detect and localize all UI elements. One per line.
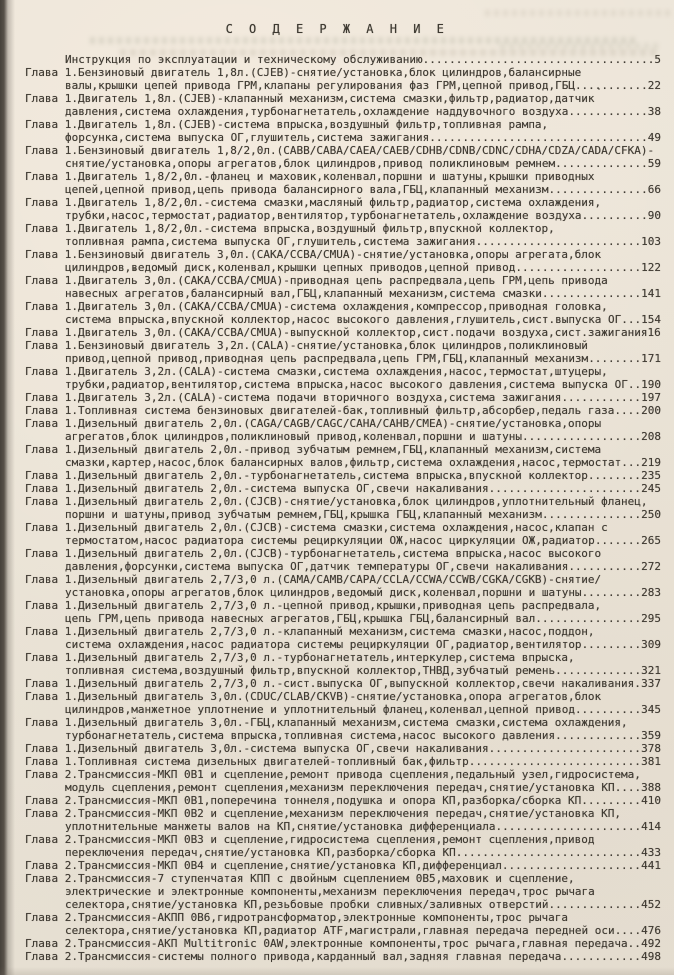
toc-line: Глава 1.Двигатель 3,2л.(CALA)-система по… (25, 391, 661, 404)
page-number: 122 (641, 261, 661, 274)
dot-leader (489, 742, 642, 755)
page-number: 337 (641, 677, 661, 690)
toc-line: Глава 1.Дизельный двигатель 2,0л.(CJCB)-… (25, 495, 661, 508)
toc-line: Глава 1.Дизельный двигатель 3,0л.-ГБЦ,кл… (25, 716, 661, 729)
dot-leader (588, 469, 641, 482)
toc-line: Глава 2.Трансмиссия-МКП 0B4 и сцепление,… (25, 859, 661, 872)
dot-leader (476, 235, 642, 248)
toc-entry: Глава 2.Трансмиссия-МКП 0B4 и сцепление,… (25, 859, 661, 872)
scan-speck (133, 267, 136, 271)
toc-entry-text: Глава 1.Двигатель 3,2л.(CALA)-система по… (25, 391, 561, 404)
dot-leader (522, 430, 641, 443)
toc-entry-text: Глава 1.Двигатель 3,0л.(CAKA/CCBA/CMUA)-… (25, 300, 608, 313)
toc-line: система впрыска,впускной коллектор,насос… (25, 313, 661, 326)
page-number: 59 (648, 157, 661, 170)
toc-entry-text: Глава 1.Дизельный двигатель 2,0л.(CJCB)-… (25, 547, 601, 560)
toc-line: Глава 1.Двигатель 1,8/2,0л.-система впры… (25, 222, 661, 235)
toc-entry-text: давления,система охлаждения,турбонагнета… (65, 105, 568, 118)
toc-entry: Глава 1.Дизельный двигатель 2,7/3,0 л.-с… (25, 677, 661, 690)
toc-entry-text: цепей,цепной привод,цепь привода баланси… (65, 183, 548, 196)
dot-leader (548, 183, 647, 196)
page-number: 245 (641, 482, 661, 495)
toc-line: Глава 2.Трансмиссия-МКП 0B2 и сцепление,… (25, 807, 661, 820)
toc-entry-text: цилиндров,манжетное уплотнение и уплотни… (65, 703, 575, 716)
toc-entry: Глава 2.Трансмиссия-МКП 0B1,поперечина т… (25, 794, 661, 807)
toc-entry-text: Глава 1.Дизельный двигатель 2,7/3,0 л.(C… (25, 573, 601, 586)
dot-leader (542, 287, 641, 300)
toc-entry: Глава 1.Бензиновый двигатель 1,8/2,0л.(C… (25, 144, 661, 170)
toc-entry: Глава 1.Двигатель 1,8л.(CJEB)-клапанный … (25, 92, 661, 118)
toc-line: Глава 1.Бензиновый двигатель 3,0л.(CAKA/… (25, 248, 661, 261)
page-number: 345 (641, 703, 661, 716)
toc-line: форсунка,система выпуска ОГ,глушитель,си… (25, 131, 661, 144)
toc-entry-text: Глава 1.Дизельный двигатель 2,0л.-турбон… (25, 469, 588, 482)
document-page: С О Д Е Р Ж А Н И Е Инструкция по эксплу… (0, 0, 674, 975)
toc-entry-text: уплотнительные манжеты валов на КП,сняти… (65, 820, 495, 833)
toc-line: Глава 1.Дизельный двигатель 3,0л.(CDUC/C… (25, 690, 661, 703)
toc-entry: Глава 2.Трансмиссия-АКПП 0B6,гидротрансф… (25, 911, 661, 937)
dot-leader (628, 378, 641, 391)
toc-entry-text: Глава 1.Дизельный двигатель 3,0л.(CDUC/C… (25, 690, 601, 703)
toc-entry-text: Глава 1.Дизельный двигатель 2,0л.(CAGA/C… (25, 417, 601, 430)
page-number: 103 (641, 235, 661, 248)
toc-entry-text: Глава 2.Трансмиссия-АКПП 0B6,гидротрансф… (25, 911, 568, 924)
toc-entry-text: Глава 2.Трансмиссия-МКП 0B4 и сцепление,… (25, 859, 502, 872)
toc-entry-text: Глава 2.Трансмиссия-АКП Multitronic 0AW,… (25, 937, 628, 950)
toc-entry-text: Глава 1.Двигатель 1,8л.(CJEB)-клапанный … (25, 92, 595, 105)
toc-line: Глава 2.Трансмиссия-МКП 0B3 и сцепление,… (25, 833, 661, 846)
toc-line: трубки,насос,термостат,радиатор,вентилят… (25, 209, 661, 222)
toc-line: Глава 1.Двигатель 1,8/2,0л.-фланец и мах… (25, 170, 661, 183)
page-number: 250 (641, 508, 661, 521)
toc-entry-text: Глава 1.Двигатель 1,8л.(CJEB)-система вп… (25, 118, 548, 131)
toc-entry-text: Глава 1.Дизельный двигатель 2,0л.-систем… (25, 482, 489, 495)
dot-leader (535, 612, 641, 625)
dot-leader (621, 456, 641, 469)
page-number: 492 (641, 937, 661, 950)
toc-entry-text: Глава 2.Трансмиссия-МКП 0B2 и сцепление,… (25, 807, 621, 820)
page-number: 433 (641, 846, 661, 859)
toc-entry-text: переключения передач,снятие/установка КП… (65, 846, 456, 859)
toc-entry: Глава 1.Двигатель 1,8/2,0л.-система смаз… (25, 196, 661, 222)
page-number: 235 (641, 469, 661, 482)
dot-leader (555, 157, 648, 170)
page-number: 410 (641, 794, 661, 807)
toc-entry: Глава 1.Дизельный двигатель 2,7/3,0 л.(C… (25, 573, 661, 599)
toc-line: смазки,картер,насос,блок балансирных вал… (25, 456, 661, 469)
toc-entry-text: агрегатов,блок цилиндров,поликлиновый пр… (65, 430, 522, 443)
toc-entry: Глава 2.Трансмиссия-АКП Multitronic 0AW,… (25, 937, 661, 950)
page-number: 190 (641, 378, 661, 391)
toc-line: селектора,снятие/установка КП,резьбовые … (25, 898, 661, 911)
page-number: 200 (641, 404, 661, 417)
dot-leader (615, 781, 641, 794)
page-number: 265 (641, 534, 661, 547)
toc-line: цепь ГРМ,цепь привода навесных агрегатов… (25, 612, 661, 625)
toc-line: термостатом,насос радиатора системы реци… (25, 534, 661, 547)
toc-line: селектора,снятие/установка КП,радиатор A… (25, 924, 661, 937)
toc-entry-text: Глава 2.Трансмиссия-системы полного прив… (25, 950, 561, 963)
page-title: С О Д Е Р Ж А Н И Е (0, 22, 674, 36)
toc-entry: Глава 1.Дизельный двигатель 2,7/3,0 л.-ц… (25, 599, 661, 625)
toc-entry: Глава 1.Дизельный двигатель 2,0л.(CJCB)-… (25, 547, 661, 573)
toc-entry-text: модуль сцепления,ремонт сцепления,механи… (65, 781, 615, 794)
scan-gutter-shadow (0, 0, 16, 975)
dot-leader (423, 53, 655, 66)
toc-entry: Глава 1.Дизельный двигатель 2,0л.-систем… (25, 482, 661, 495)
toc-entry: Глава 1.Двигатель 1,8/2,0л.-фланец и мах… (25, 170, 661, 196)
toc-line: Глава 2.Трансмиссия-системы полного прив… (25, 950, 661, 963)
toc-entry-text: Глава 1.Дизельный двигатель 2,7/3,0 л.-к… (25, 625, 595, 638)
dot-leader (542, 508, 641, 521)
toc-entry-text: трубки,радиатор,вентилятор,система впрыс… (65, 378, 628, 391)
toc-entry: Глава 1.Двигатель 3,2л.(CALA)-система по… (25, 391, 661, 404)
toc-entry: Глава 1.Дизельный двигатель 3,0л.-систем… (25, 742, 661, 755)
page-number: 66 (648, 183, 661, 196)
toc-line: установка,опоры агрегатов,блок цилиндров… (25, 586, 661, 599)
page-number: 441 (641, 859, 661, 872)
toc-line: Глава 1.Дизельный двигатель 2,7/3,0 л.-т… (25, 651, 661, 664)
toc-entry: Глава 1.Бензиновый двигатель 3,2л.(CALA)… (25, 339, 661, 365)
toc-line: давления,система охлаждения,турбонагнета… (25, 105, 661, 118)
page-number: 309 (641, 638, 661, 651)
toc-entry-text: форсунка,система выпуска ОГ,глушитель,си… (65, 131, 429, 144)
toc-entry: Глава 1.Двигатель 3,0л.(CAKA/CCBA/CMUA)-… (25, 274, 661, 300)
dot-leader (561, 950, 641, 963)
toc-line: агрегатов,блок цилиндров,поликлиновый пр… (25, 430, 661, 443)
dot-leader (561, 391, 641, 404)
toc-entry-text: Глава 1.Дизельный двигатель 3,0л.-систем… (25, 742, 489, 755)
dot-leader (489, 482, 642, 495)
toc-entry-text: Глава 1.Двигатель 3,2л.(CALA)-система см… (25, 365, 608, 378)
toc-line: Глава 1.Бензиновый двигатель 1,8/2,0л.(C… (25, 144, 661, 157)
page-number: 90 (648, 209, 661, 222)
dot-leader (456, 846, 641, 859)
dot-leader (575, 79, 648, 92)
toc-entry-text: Глава 1.Двигатель 3,0л.(CAKA/CCBA/CMUA)-… (25, 326, 648, 339)
toc-line: Глава 1.Бензиновый двигатель 3,2л.(CALA)… (25, 339, 661, 352)
toc-line: цилиндров,ведомый диск,коленвал,крышки ц… (25, 261, 661, 274)
toc-line: Глава 1.Топливная система бензиновых дви… (25, 404, 661, 417)
toc-entry-text: Глава 1.Двигатель 1,8/2,0л.-система впры… (25, 222, 555, 235)
toc-entry-text: Глава 1.Бензиновый двигатель 1,8л.(CJEB)… (25, 66, 581, 79)
toc-entry: Глава 1.Дизельный двигатель 2,0л.-привод… (25, 443, 661, 469)
toc-line: Глава 2.Трансмиссия-АКП Multitronic 0AW,… (25, 937, 661, 950)
page-number: 5 (654, 53, 661, 66)
toc-line: поршни и шатуны,привод зубчатым ремнем,Г… (25, 508, 661, 521)
page-number: 208 (641, 430, 661, 443)
dot-leader (568, 560, 641, 573)
scan-speck (598, 88, 600, 90)
toc-entry: Глава 1.Двигатель 3,0л.(CAKA/CCBA/CMUA)-… (25, 326, 661, 339)
page-number: 295 (641, 612, 661, 625)
toc-line: Глава 1.Дизельный двигатель 2,7/3,0 л.-с… (25, 677, 661, 690)
toc-entry-text: Глава 2.Трансмиссия-МКП 0B1 и сцепление,… (25, 768, 641, 781)
toc-entry: Глава 1.Бензиновый двигатель 3,0л.(CAKA/… (25, 248, 661, 274)
toc-entry-text: турбонагнетатель,система впрыска,топливн… (65, 729, 555, 742)
toc-entry-text: селектора,снятие/установка КП,радиатор A… (65, 924, 615, 937)
dot-leader (575, 703, 641, 716)
dot-leader (429, 131, 648, 144)
page-number: 414 (641, 820, 661, 833)
toc-entry-text: Глава 2.Трансмиссия-7 ступенчатая КПП с … (25, 872, 575, 885)
toc-entry-text: система впрыска,впускной коллектор,насос… (65, 313, 621, 326)
toc-entry-text: топливная система,воздушный фильтр,впуск… (65, 664, 555, 677)
toc-entry-text: система охлаждения,насос радиатора систе… (65, 638, 582, 651)
dot-leader (621, 313, 641, 326)
toc-entry-text: Глава 1.Топливная система бензиновых дви… (25, 404, 614, 417)
toc-entry: Инструкция по эксплуатации и техническом… (25, 53, 661, 66)
page-number: 498 (641, 950, 661, 963)
toc-entry-text: топливная рампа,система выпуска ОГ,глуши… (65, 235, 476, 248)
toc-entry: Глава 2.Трансмиссия-МКП 0B1 и сцепление,… (25, 768, 661, 794)
page-number: 321 (641, 664, 661, 677)
toc-entry: Глава 1.Двигатель 1,8/2,0л.-система впры… (25, 222, 661, 248)
toc-line: давления,форсунки,система выпуска ОГ,дат… (25, 560, 661, 573)
toc-line: Глава 1.Дизельный двигатель 3,0л.-систем… (25, 742, 661, 755)
dot-leader (548, 898, 641, 911)
page-number: 272 (641, 560, 661, 573)
toc-line: трубки,радиатор,вентилятор,система впрыс… (25, 378, 661, 391)
toc-entry: Глава 2.Трансмиссия-МКП 0B3 и сцепление,… (25, 833, 661, 859)
page-number: 283 (641, 586, 661, 599)
toc-entry-text: Глава 1.Бензиновый двигатель 3,2л.(CALA)… (25, 339, 588, 352)
toc-entry-text: валы,крышки цепей привода ГРМ,клапаны ре… (65, 79, 575, 92)
toc-entry-text: Глава 1.Дизельный двигатель 2,0л.(CJCB)-… (25, 495, 648, 508)
toc-line: Глава 1.Двигатель 1,8л.(CJEB)-клапанный … (25, 92, 661, 105)
page-number: 171 (641, 352, 661, 365)
bleedthrough-artifact (90, 37, 635, 44)
page-number: 378 (641, 742, 661, 755)
toc-entry-text: навесных агрегатов,балансирный вал,ГБЦ,к… (65, 287, 542, 300)
toc-line: Глава 1.Дизельный двигатель 2,7/3,0 л.-ц… (25, 599, 661, 612)
toc-line: Глава 2.Трансмиссия-МКП 0B1,поперечина т… (25, 794, 661, 807)
toc-entry-text: селектора,снятие/установка КП,резьбовые … (65, 898, 548, 911)
toc-entry-text: установка,опоры агрегатов,блок цилиндров… (65, 586, 582, 599)
toc-line: уплотнительные манжеты валов на КП,сняти… (25, 820, 661, 833)
page-number: 141 (641, 287, 661, 300)
toc-line: турбонагнетатель,система впрыска,топливн… (25, 729, 661, 742)
dot-leader (588, 352, 641, 365)
bleedthrough-artifact (485, 10, 670, 16)
bleedthrough-artifact (500, 43, 660, 49)
toc-line: Глава 1.Двигатель 1,8/2,0л.-система смаз… (25, 196, 661, 209)
toc-line: Глава 1.Дизельный двигатель 2,0л.-систем… (25, 482, 661, 495)
page-number: 476 (641, 924, 661, 937)
toc-entry-text: Глава 1.Дизельный двигатель 2,7/3,0 л.-ц… (25, 599, 601, 612)
page-number: 197 (641, 391, 661, 404)
dot-leader (555, 664, 641, 677)
toc-entry-text: Глава 1.Бензиновый двигатель 1,8/2,0л.(C… (25, 144, 654, 157)
toc-line: снятие/установка,опоры агрегатов,блок ци… (25, 157, 661, 170)
page-number: 22 (648, 79, 661, 92)
toc-entry: Глава 1.Дизельный двигатель 3,0л.(CDUC/C… (25, 690, 661, 716)
toc-entry-text: трубки,насос,термостат,радиатор,вентилят… (65, 209, 582, 222)
toc-entry: Глава 1.Двигатель 1,8л.(CJEB)-система вп… (25, 118, 661, 144)
dot-leader (568, 105, 647, 118)
toc-line: Глава 1.Двигатель 1,8л.(CJEB)-система вп… (25, 118, 661, 131)
dot-leader (515, 261, 641, 274)
dot-leader (614, 404, 641, 417)
toc-entry-text: Глава 2.Трансмиссия-МКП 0B3 и сцепление,… (25, 833, 595, 846)
toc-line: модуль сцепления,ремонт сцепления,механи… (25, 781, 661, 794)
toc-line: Глава 1.Дизельный двигатель 2,0л.(CJCB)-… (25, 547, 661, 560)
toc-line: навесных агрегатов,балансирный вал,ГБЦ,к… (25, 287, 661, 300)
toc-entry: Глава 1.Дизельный двигатель 2,7/3,0 л.-к… (25, 625, 661, 651)
toc-line: Глава 1.Двигатель 3,0л.(CAKA/CCBA/CMUA)-… (25, 326, 661, 339)
toc-line: Глава 1.Дизельный двигатель 2,7/3,0 л.(C… (25, 573, 661, 586)
toc-line: Глава 2.Трансмиссия-АКПП 0B6,гидротрансф… (25, 911, 661, 924)
toc-line: Глава 1.Двигатель 3,0л.(CAKA/CCBA/CMUA)-… (25, 300, 661, 313)
toc-entry-text: Глава 1.Дизельный двигатель 2,0л.-привод… (25, 443, 601, 456)
toc-entry-text: Глава 1.Топливная система дизельных двиг… (25, 755, 469, 768)
toc-entry-text: Глава 1.Двигатель 1,8/2,0л.-система смаз… (25, 196, 601, 209)
dot-leader (581, 794, 641, 807)
toc-entry: Глава 1.Дизельный двигатель 2,0л.(CAGA/C… (25, 417, 661, 443)
toc-entry-text: давления,форсунки,система выпуска ОГ,дат… (65, 560, 568, 573)
toc-entry-text: Глава 1.Дизельный двигатель 3,0л.-ГБЦ,кл… (25, 716, 628, 729)
page-number: 219 (641, 456, 661, 469)
page-number: 359 (641, 729, 661, 742)
toc-entry: Глава 2.Трансмиссия-7 ступенчатая КПП с … (25, 872, 661, 911)
toc-entry: Глава 1.Дизельный двигатель 2,0л.(CJCB)-… (25, 495, 661, 521)
dot-leader (615, 924, 641, 937)
toc-entry-text: цепь ГРМ,цепь привода навесных агрегатов… (65, 612, 535, 625)
toc-line: система охлаждения,насос радиатора систе… (25, 638, 661, 651)
page-number: 381 (641, 755, 661, 768)
toc-entry-text: поршни и шатуны,привод зубчатым ремнем,Г… (65, 508, 542, 521)
toc-entry: Глава 1.Дизельный двигатель 3,0л.-ГБЦ,кл… (25, 716, 661, 742)
toc-line: Глава 1.Дизельный двигатель 2,0л.-турбон… (25, 469, 661, 482)
toc-entry-text: Инструкция по эксплуатации и техническом… (65, 53, 423, 66)
toc-line: электрические и электронные компоненты,м… (25, 885, 661, 898)
toc-entry-text: снятие/установка,опоры агрегатов,блок ци… (65, 157, 555, 170)
scan-edge-shadow (0, 967, 674, 975)
toc-entry: Глава 1.Бензиновый двигатель 1,8л.(CJEB)… (25, 66, 661, 92)
page-number: 49 (648, 131, 661, 144)
page-number: 38 (648, 105, 661, 118)
dot-leader (555, 729, 641, 742)
toc-entry-text: Глава 1.Дизельный двигатель 2,7/3,0 л.-т… (25, 651, 575, 664)
toc-entry-text: Глава 1.Бензиновый двигатель 3,0л.(CAKA/… (25, 248, 601, 261)
toc-entry: Глава 1.Дизельный двигатель 2,7/3,0 л.-т… (25, 651, 661, 677)
toc-line: Глава 1.Бензиновый двигатель 1,8л.(CJEB)… (25, 66, 661, 79)
toc-entry: Глава 1.Дизельный двигатель 2,0л.-турбон… (25, 469, 661, 482)
toc-entry-text: Глава 1.Двигатель 1,8/2,0л.-фланец и мах… (25, 170, 595, 183)
toc-entry-text: Глава 1.Дизельный двигатель 2,7/3,0 л.-с… (25, 677, 634, 690)
page-number: 452 (641, 898, 661, 911)
toc-line: топливная система,воздушный фильтр,впуск… (25, 664, 661, 677)
toc-entry: Глава 1.Топливная система бензиновых дви… (25, 404, 661, 417)
toc-line: топливная рампа,система выпуска ОГ,глуши… (25, 235, 661, 248)
toc-entry-text: Глава 1.Двигатель 3,0л.(CAKA/CCBA/CMUA)-… (25, 274, 608, 287)
toc-line: Глава 1.Двигатель 3,0л.(CAKA/CCBA/CMUA)-… (25, 274, 661, 287)
toc-line: Инструкция по эксплуатации и техническом… (25, 53, 661, 66)
toc-line: Глава 1.Дизельный двигатель 2,0л.(CJCB)-… (25, 521, 661, 534)
toc-line: цепей,цепной привод,цепь привода баланси… (25, 183, 661, 196)
dot-leader (582, 209, 648, 222)
toc-line: Глава 1.Дизельный двигатель 2,0л.-привод… (25, 443, 661, 456)
dot-leader (495, 820, 641, 833)
toc-entry-text: смазки,картер,насос,блок балансирных вал… (65, 456, 621, 469)
toc-entry-text: Глава 1.Дизельный двигатель 2,0л.(CJCB)-… (25, 521, 608, 534)
toc-entry-text: привод,цепной привод,приводная цепь расп… (65, 352, 588, 365)
toc: Инструкция по эксплуатации и техническом… (25, 53, 661, 963)
toc-line: переключения передач,снятие/установка КП… (25, 846, 661, 859)
dot-leader (502, 859, 641, 872)
page-number: 388 (641, 781, 661, 794)
toc-line: цилиндров,манжетное уплотнение и уплотни… (25, 703, 661, 716)
dot-leader (469, 755, 641, 768)
toc-line: Глава 2.Трансмиссия-МКП 0B1 и сцепление,… (25, 768, 661, 781)
dot-leader (628, 937, 641, 950)
toc-line: Глава 1.Дизельный двигатель 2,0л.(CAGA/C… (25, 417, 661, 430)
page-number: 154 (641, 313, 661, 326)
toc-entry-text: электрические и электронные компоненты,м… (65, 885, 595, 898)
dot-leader (595, 534, 641, 547)
toc-entry: Глава 1.Двигатель 3,0л.(CAKA/CCBA/CMUA)-… (25, 300, 661, 326)
toc-line: Глава 2.Трансмиссия-7 ступенчатая КПП с … (25, 872, 661, 885)
page-number: 168 (648, 326, 661, 339)
toc-line: валы,крышки цепей привода ГРМ,клапаны ре… (25, 79, 661, 92)
dot-leader (582, 638, 642, 651)
toc-entry: Глава 1.Дизельный двигатель 2,0л.(CJCB)-… (25, 521, 661, 547)
toc-entry: Глава 1.Двигатель 3,2л.(CALA)-система см… (25, 365, 661, 391)
toc-entry-text: термостатом,насос радиатора системы реци… (65, 534, 595, 547)
toc-line: Глава 1.Двигатель 3,2л.(CALA)-система см… (25, 365, 661, 378)
toc-entry: Глава 2.Трансмиссия-системы полного прив… (25, 950, 661, 963)
toc-line: Глава 1.Топливная система дизельных двиг… (25, 755, 661, 768)
toc-line: Глава 1.Дизельный двигатель 2,7/3,0 л.-к… (25, 625, 661, 638)
toc-entry: Глава 2.Трансмиссия-МКП 0B2 и сцепление,… (25, 807, 661, 833)
toc-entry: Глава 1.Топливная система дизельных двиг… (25, 755, 661, 768)
dot-leader (582, 586, 642, 599)
toc-line: привод,цепной привод,приводная цепь расп… (25, 352, 661, 365)
toc-entry-text: Глава 2.Трансмиссия-МКП 0B1,поперечина т… (25, 794, 581, 807)
